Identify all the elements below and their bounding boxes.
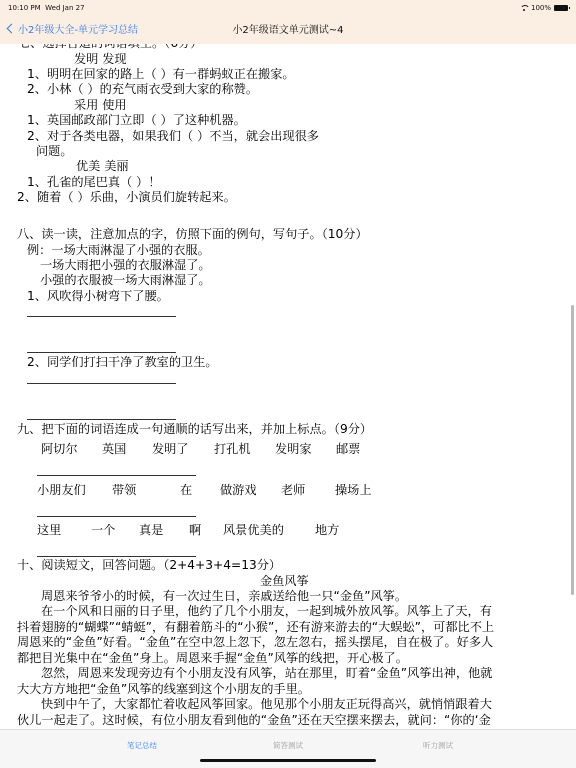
home-indicator[interactable] xyxy=(200,759,376,762)
word: 真是 xyxy=(139,523,163,539)
example-sentence: 例：一场大雨淋湿了小强的衣服。 xyxy=(27,243,210,259)
passage-line: 周恩来的“金鱼”好看。“金鱼”在空中忽上忽下，忽左忽右，摇头摆尾，自在极了。好多… xyxy=(17,635,493,651)
answer-line xyxy=(27,352,176,353)
passage-line: 伙儿一起走了。这时候，有位小朋友看到他的“金鱼”还在天空摆来摆去，就问：“你的‘… xyxy=(17,713,491,729)
word: 操场上 xyxy=(335,483,372,499)
passage-line: 快到中午了，大家都忙着收起风筝回家。他见那个小朋友正玩得高兴，就悄悄跟着大 xyxy=(41,697,492,713)
question-text: 1、风吹得小树弯下了腰。 xyxy=(27,289,169,305)
answer-line xyxy=(27,419,176,420)
question-text: 2、小林（ ）的充气雨衣受到大家的称赞。 xyxy=(27,82,258,98)
tab-listening-test[interactable]: 听力测试 xyxy=(398,740,478,751)
section-9-title: 九、把下面的词语连成一句通顺的话写出来，并加上标点。（9分） xyxy=(17,422,372,438)
status-time: 10:10 PM Wed Jan 27 xyxy=(8,4,85,12)
document-page[interactable]: 七、选择合适的词语填空。（6分） 发明 发现 1、明明在回家的路上（ ）有一群蚂… xyxy=(0,0,576,768)
answer-line xyxy=(37,556,196,557)
section-10-title: 十、阅读短文，回答问题。（2+4+3+4=13分） xyxy=(17,558,281,574)
answer-line xyxy=(27,316,176,317)
passage-line: 大大方方地把“金鱼”风筝的线塞到这个小朋友的手里。 xyxy=(17,682,310,698)
word: 风景优美的 xyxy=(223,523,284,539)
question-text: 2、随着（ ）乐曲，小演员们旋转起来。 xyxy=(17,190,236,206)
example-sentence: 一场大雨把小强的衣服淋湿了。 xyxy=(40,258,211,274)
example-sentence: 小强的衣服被一场大雨淋湿了。 xyxy=(40,273,211,289)
word-choices: 优美 美丽 xyxy=(76,159,129,175)
tab-short-answer-test[interactable]: 简答测试 xyxy=(248,740,328,751)
word: 做游戏 xyxy=(220,483,257,499)
answer-line xyxy=(37,475,196,476)
question-text: 2、同学们打扫干净了教室的卫生。 xyxy=(27,355,218,371)
nav-bar: 小2年级大全-单元学习总结 小2年级语文单元测试~4 xyxy=(0,16,576,42)
section-8-title: 八、读一读，注意加点的字，仿照下面的例句，写句子。（10分） xyxy=(17,227,368,243)
battery-percent: 100% xyxy=(531,4,551,12)
word-choices: 发明 发现 xyxy=(74,52,127,68)
word: 啊 xyxy=(189,523,201,539)
battery-icon xyxy=(554,5,568,11)
question-text: 1、孔雀的尾巴真（ ）！ xyxy=(27,175,161,191)
word: 一个 xyxy=(91,523,115,539)
question-text: 2、对于各类电器，如果我们（ ）不当，就会出现很多 xyxy=(27,129,319,145)
word: 阿切尔 xyxy=(41,442,78,458)
question-text: 1、明明在回家的路上（ ）有一群蚂蚁正在搬家。 xyxy=(27,67,295,83)
date-text: Wed Jan 27 xyxy=(45,4,84,12)
word: 带领 xyxy=(112,483,136,499)
passage-line: 都把目光集中在“金鱼”身上。周恩来手握“金鱼”风筝的线把，开心极了。 xyxy=(17,651,408,667)
word: 老师 xyxy=(281,483,305,499)
passage-line: 抖着翅膀的“蝴蝶”“蜻蜓”，有翻着筋斗的“小猴”，还有游来游去的“大蜈蚣”，可都… xyxy=(17,620,494,636)
word: 发明了 xyxy=(152,442,189,458)
word: 地方 xyxy=(315,523,339,539)
status-bar: 10:10 PM Wed Jan 27 100% xyxy=(0,0,576,16)
tab-bar: 笔记总结 简答测试 听力测试 xyxy=(0,729,576,768)
word: 邮票 xyxy=(336,442,360,458)
word: 打孔机 xyxy=(214,442,251,458)
passage-line: 在一个风和日丽的日子里，他约了几个小朋友，一起到城外放风筝。风筝上了天，有 xyxy=(41,604,492,620)
word: 这里 xyxy=(37,523,61,539)
status-indicators: 100% xyxy=(520,4,568,12)
page-title: 小2年级语文单元测试~4 xyxy=(0,21,576,36)
word: 在 xyxy=(180,483,192,499)
vertical-scrollbar[interactable] xyxy=(571,305,574,595)
answer-line xyxy=(37,516,196,517)
answer-line xyxy=(27,383,176,384)
word-choices: 采用 使用 xyxy=(74,98,127,114)
passage-title: 金鱼风筝 xyxy=(260,574,309,590)
wifi-icon xyxy=(520,5,528,11)
header: 10:10 PM Wed Jan 27 100% 小2年级大全-单元学习总结 小… xyxy=(0,0,576,44)
word: 小朋友们 xyxy=(37,483,86,499)
word: 英国 xyxy=(102,442,126,458)
question-text: 问题。 xyxy=(36,144,73,160)
tab-notes-summary[interactable]: 笔记总结 xyxy=(102,740,182,751)
word: 发明家 xyxy=(275,442,312,458)
passage-line: 周恩来爷爷小的时候，有一次过生日，亲戚送给他一只“金鱼”风筝。 xyxy=(41,589,407,605)
question-text: 1、英国邮政部门立即（ ）了这种机器。 xyxy=(27,113,246,129)
time-text: 10:10 PM xyxy=(8,4,41,12)
passage-line: 忽然，周恩来发现旁边有个小朋友没有风筝，站在那里，盯着“金鱼”风筝出神，他就 xyxy=(41,666,492,682)
